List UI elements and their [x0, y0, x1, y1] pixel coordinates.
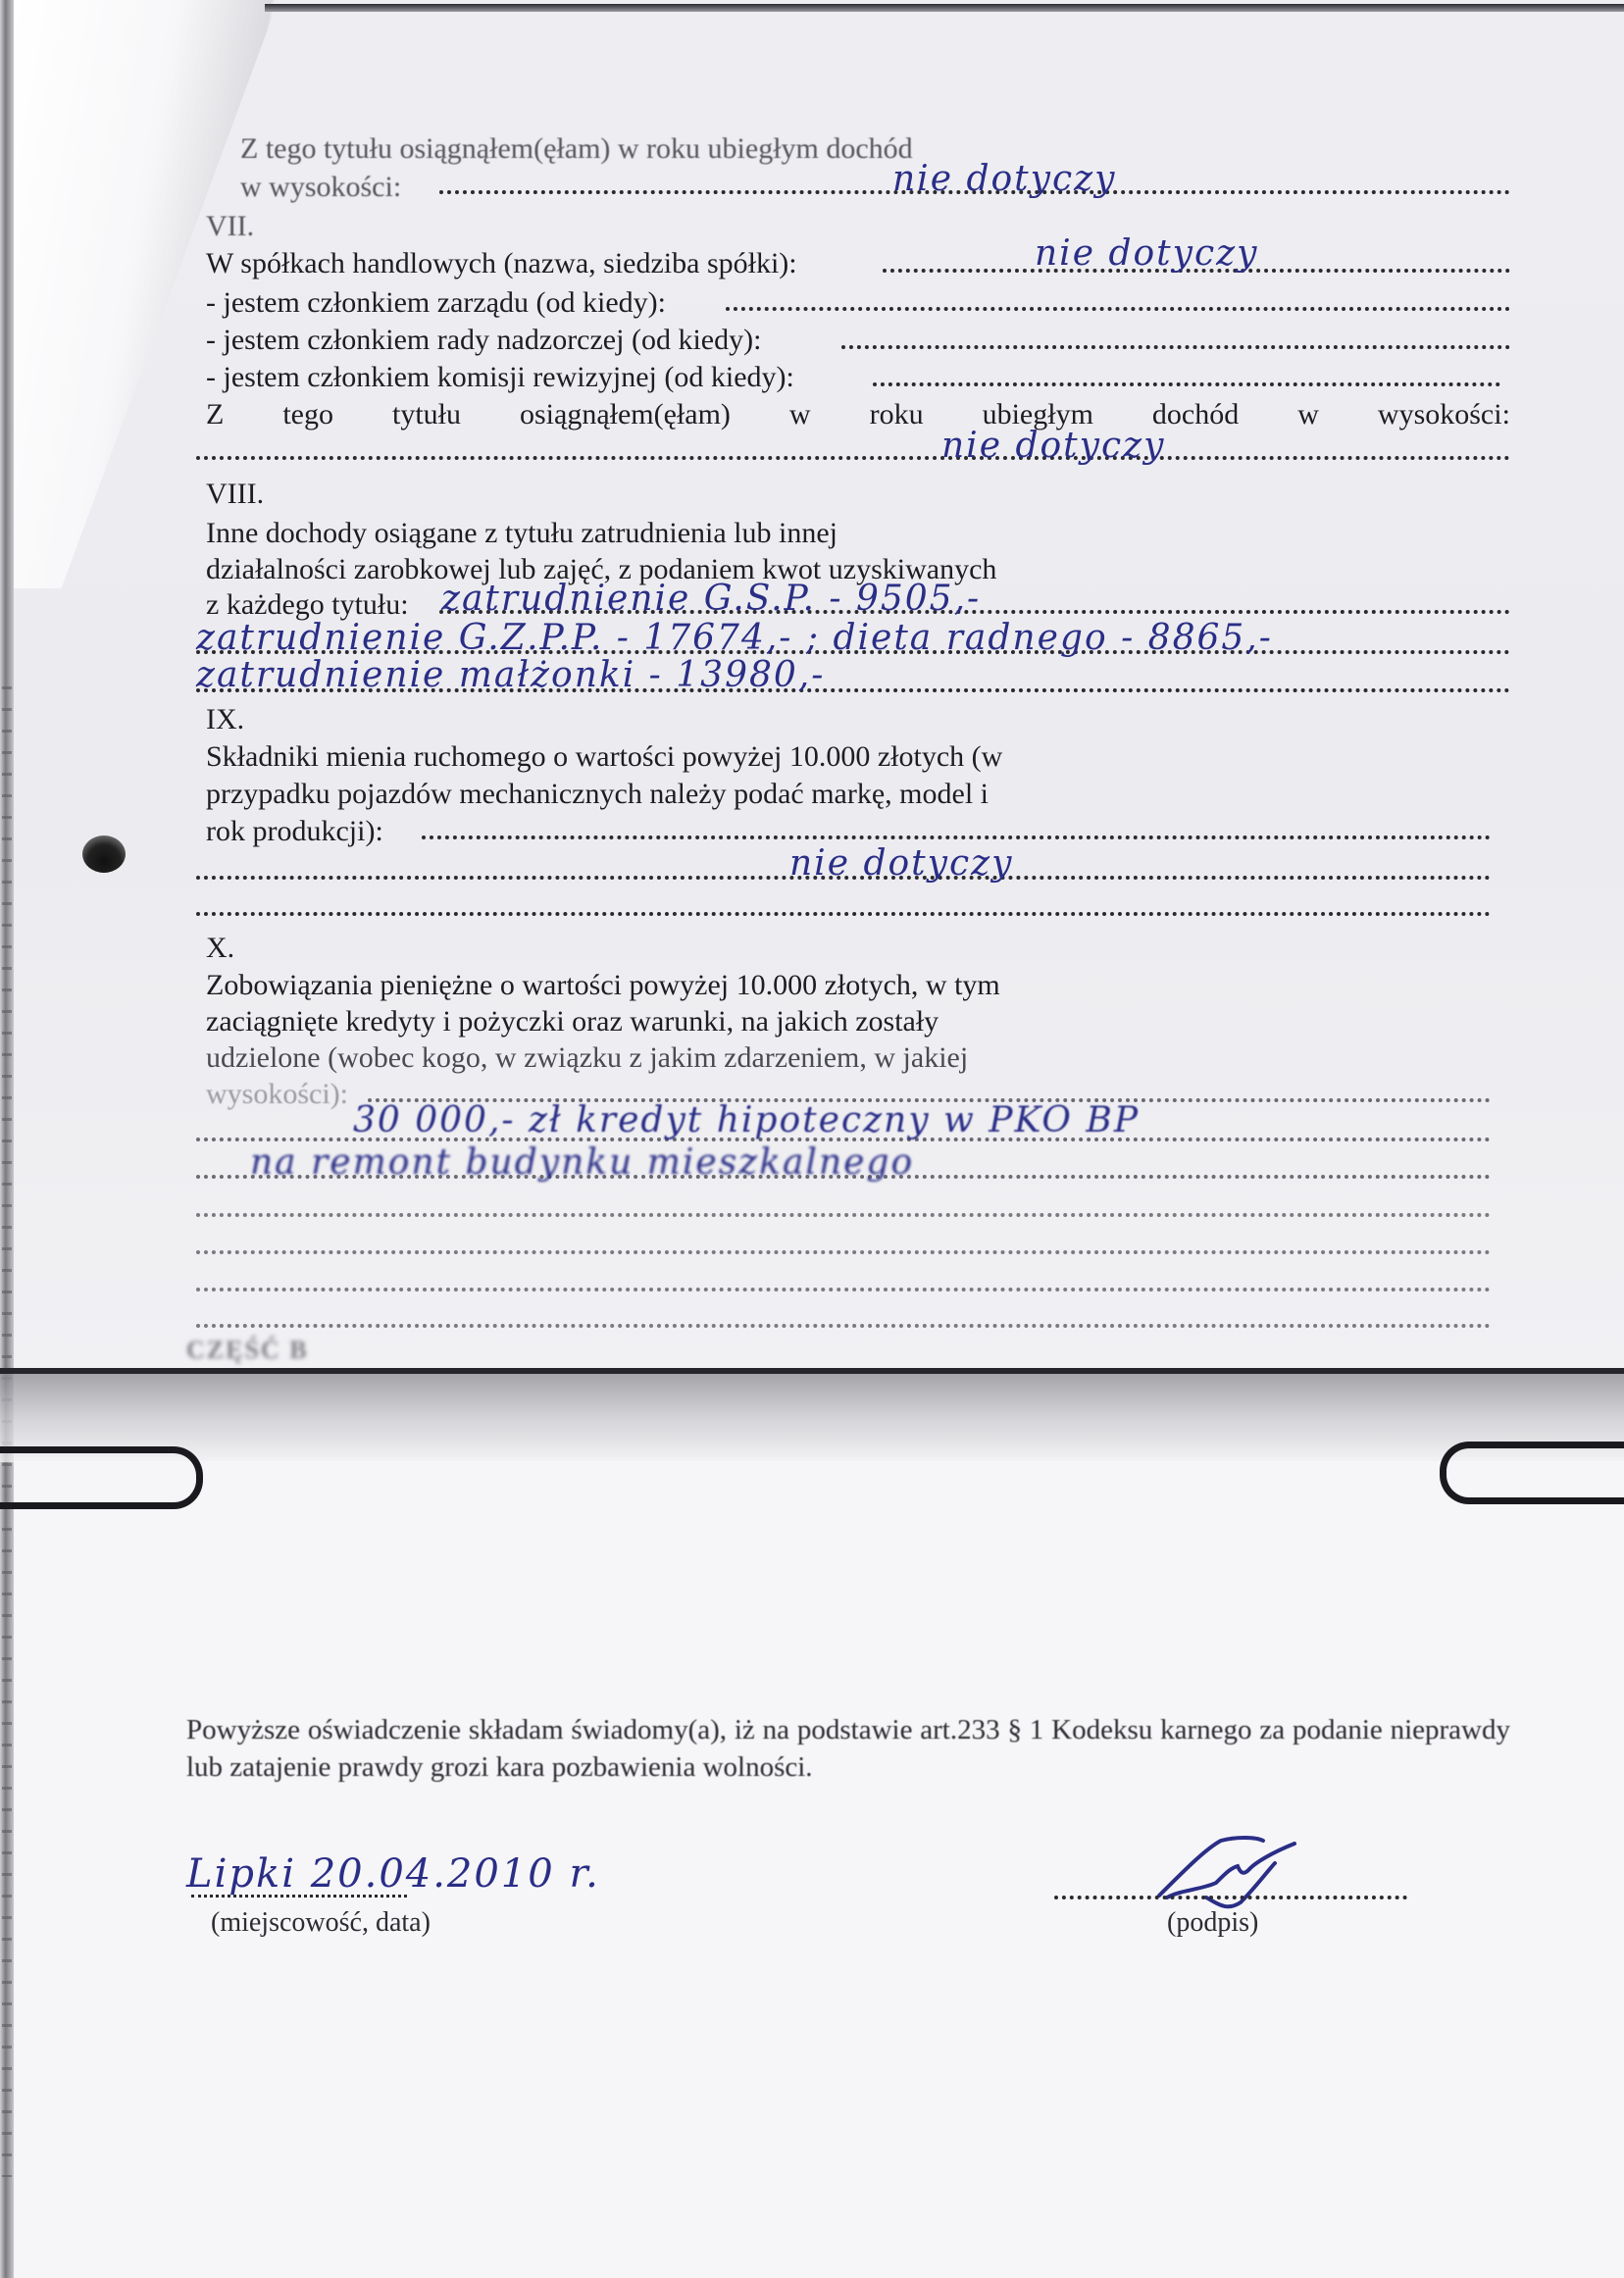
section-ix-numeral: IX.: [206, 701, 244, 738]
ix-answer: nie dotyczy: [789, 841, 1013, 886]
word: w: [789, 396, 811, 433]
section-x-numeral: X.: [206, 930, 234, 967]
word: wysokości:: [1378, 396, 1510, 433]
vii-income-label: Z tego tytułu osiągnąłem(ęłam) w roku ub…: [206, 396, 1510, 433]
viii-answer-3: zatrudnienie małżonki - 13980,-: [196, 653, 825, 697]
income-label-line2: w wysokości:: [240, 169, 401, 206]
x-dotted-line-5: [196, 1250, 1491, 1254]
x-answer-1: 30 000,- zł kredyt hipoteczny w PKO BP: [353, 1098, 1140, 1142]
ix-text-1: Składniki mienia ruchomego o wartości po…: [206, 738, 1002, 776]
companies-label: W spółkach handlowych (nazwa, siedziba s…: [206, 245, 797, 282]
ix-dotted-line-1: [422, 835, 1491, 839]
x-text-4: wysokości):: [206, 1076, 348, 1113]
ix-dotted-line-3: [196, 912, 1491, 916]
vii-income-answer: nie dotyczy: [941, 424, 1165, 468]
board-dotted-line: [726, 307, 1510, 311]
word: w: [1297, 396, 1319, 433]
word: tytułu: [392, 396, 461, 433]
x-answer-2: na remont budynku mieszkalnego: [250, 1140, 914, 1185]
word: tego: [282, 396, 333, 433]
page-shadow: [0, 1374, 1624, 1462]
x-dotted-line-6: [196, 1288, 1491, 1291]
section-vii-numeral: VII.: [206, 208, 254, 245]
income-answer: nie dotyczy: [892, 157, 1116, 201]
vii-income-dotted-line: [196, 456, 1510, 460]
declaration-text: Powyższe oświadczenie składam świadomy(a…: [186, 1711, 1510, 1787]
word: osiągnąłem(ęłam): [520, 396, 731, 433]
x-dotted-line-4: [196, 1213, 1491, 1217]
audit-dotted-line: [873, 382, 1500, 386]
signature-dotted-line: [1054, 1896, 1407, 1899]
place-date-dotted-line: [191, 1895, 407, 1898]
x-text-3: udzielone (wobec kogo, w związku z jakim…: [206, 1039, 968, 1077]
part-b-label: CZĘŚĆ B: [186, 1336, 309, 1365]
supervisory-dotted-line: [841, 345, 1510, 349]
signature-label: (podpis): [1167, 1907, 1258, 1939]
section-viii-numeral: VIII.: [206, 476, 264, 513]
ix-text-3: rok produkcji):: [206, 813, 383, 850]
place-date-label: (miejscowość, data): [211, 1907, 431, 1939]
word: Z: [206, 396, 224, 433]
x-dotted-line-7: [196, 1324, 1491, 1328]
board-label: - jestem członkiem zarządu (od kiedy):: [206, 284, 666, 322]
paperclip-right-icon: [1440, 1442, 1624, 1504]
viii-text-1: Inne dochody osiągane z tytułu zatrudnie…: [206, 515, 837, 552]
paperclip-left-icon: [0, 1446, 203, 1509]
ix-text-2: przypadku pojazdów mechanicznych należy …: [206, 776, 989, 813]
audit-label: - jestem członkiem komisji rewizyjnej (o…: [206, 359, 794, 396]
page-top-edge: [265, 4, 1624, 12]
companies-answer: nie dotyczy: [1035, 231, 1258, 276]
income-label-line1: Z tego tytułu osiągnąłem(ęłam) w roku ub…: [240, 130, 913, 168]
word: roku: [870, 396, 924, 433]
viii-answer-1: zatrudnienie G.S.P. - 9505,-: [441, 577, 981, 621]
signature-icon: [1147, 1829, 1324, 1917]
x-text-2: zaciągnięte kredyty i pożyczki oraz waru…: [206, 1003, 939, 1040]
punch-hole: [82, 835, 126, 873]
place-date-value: Lipki 20.04.2010 r.: [186, 1851, 600, 1897]
supervisory-label: - jestem członkiem rady nadzorczej (od k…: [206, 322, 761, 359]
x-text-1: Zobowiązania pieniężne o wartości powyże…: [206, 967, 1000, 1004]
